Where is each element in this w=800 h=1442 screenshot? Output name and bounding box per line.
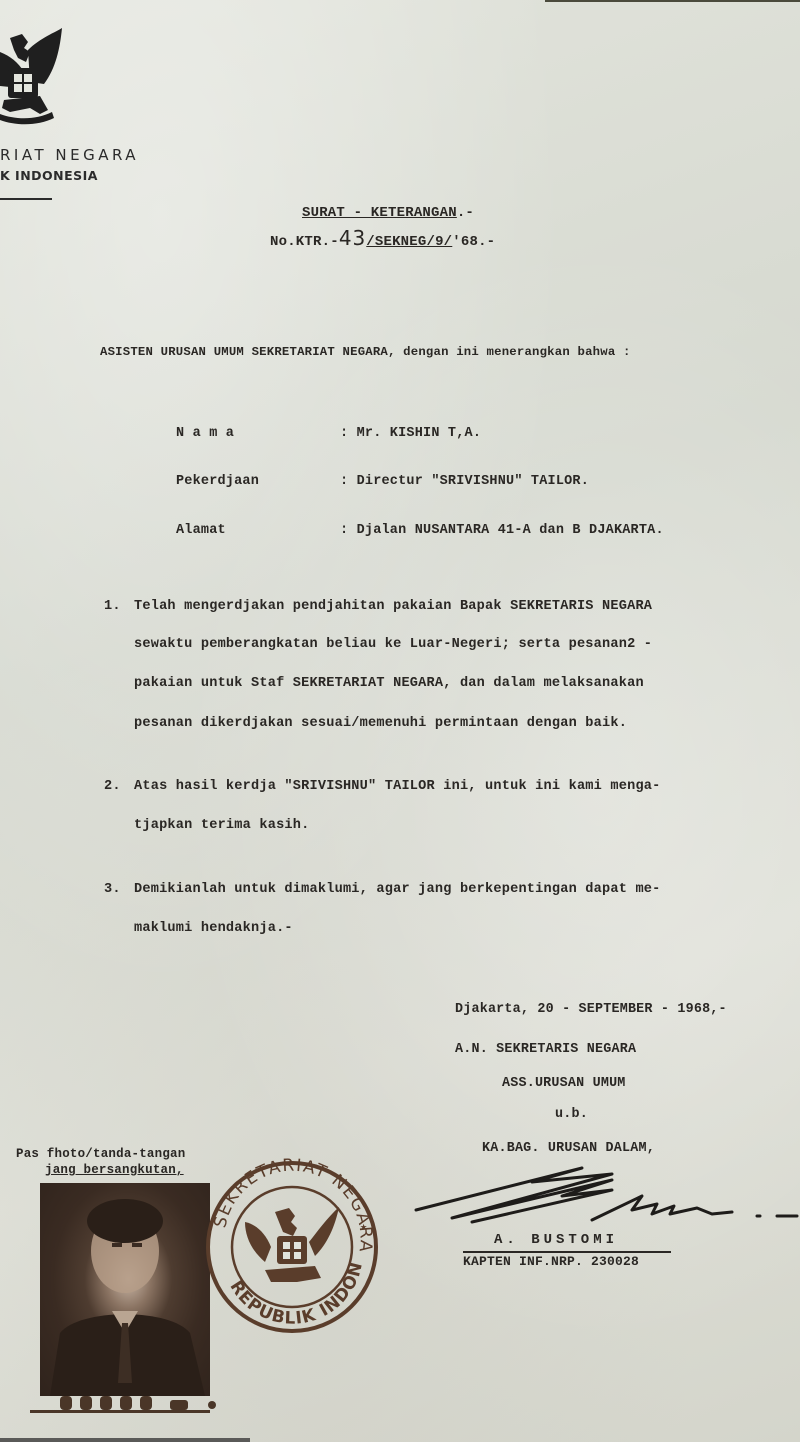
paragraph-number: 1. [104,599,121,614]
field-value-occupation: : Directur "SRIVISHNU" TAILOR. [340,474,589,489]
handwritten-number: 43 [339,226,366,250]
paper-edge [0,1438,250,1442]
paragraph-line: Telah mengerdjakan pendjahitan pakaian B… [134,599,652,614]
official-seal-stamp: SEKRETARIAT NEGARA REPUBLIK INDONESIA ★ [205,1152,380,1342]
passport-photo [40,1183,210,1396]
paragraph-line: sewaktu pemberangkatan beliau ke Luar-Ne… [134,637,652,652]
signer-rank: KAPTEN INF.NRP. 230028 [463,1254,639,1269]
paragraph-line: maklumi hendaknja.- [134,921,293,936]
signer-name: A. BUSTOMI [494,1232,618,1248]
field-label-name: N a m a [176,426,234,441]
ub-line: u.b. [555,1107,588,1122]
paragraph-line: pesanan dikerdjakan sesuai/memenuhi perm… [134,716,627,731]
garuda-emblem-icon [0,28,66,133]
field-label-address: Alamat [176,523,226,538]
paragraph-number: 3. [104,882,121,897]
position-line: KA.BAG. URUSAN DALAM, [482,1141,655,1156]
photo-signature-strip [30,1396,220,1416]
paragraph-line: Atas hasil kerdja "SRIVISHNU" TAILOR ini… [134,779,661,794]
field-value-name: : Mr. KISHIN T,A. [340,426,481,441]
photo-caption-2: jang bersangkutan, [45,1163,184,1177]
seal-garuda-icon [245,1207,339,1282]
letterhead-rule [0,198,52,200]
intro-statement: ASISTEN URUSAN UMUM SEKRETARIAT NEGARA, … [100,345,631,359]
photo-caption: Pas fhoto/tanda-tangan [16,1147,185,1161]
field-label-occupation: Pekerdjaan [176,474,259,489]
field-value-address: : Djalan NUSANTARA 41-A dan B DJAKARTA. [340,523,664,538]
letterhead-subtitle: K INDONESIA [0,168,98,183]
paragraph-number: 2. [104,779,121,794]
document-number: No.KTR.-43/SEKNEG/9/'68.- [270,226,495,250]
on-behalf-line: A.N. SEKRETARIS NEGARA [455,1042,636,1057]
paper-edge [545,0,800,2]
signer-underline [463,1251,671,1253]
letterhead-title: RIAT NEGARA [0,146,139,164]
department-line: ASS.URUSAN UMUM [502,1076,626,1091]
paragraph-line: pakaian untuk Staf SEKRETARIAT NEGARA, d… [134,676,644,691]
seal-star-icon: ★ [360,1220,367,1234]
place-date: Djakarta, 20 - SEPTEMBER - 1968,- [455,1002,727,1017]
portrait-figure-icon [40,1183,210,1396]
handwritten-signature [412,1160,800,1230]
document-title: SURAT - KETERANGAN.- [302,205,474,221]
paragraph-line: Demikianlah untuk dimaklumi, agar jang b… [134,882,661,897]
paragraph-line: tjapkan terima kasih. [134,818,310,833]
